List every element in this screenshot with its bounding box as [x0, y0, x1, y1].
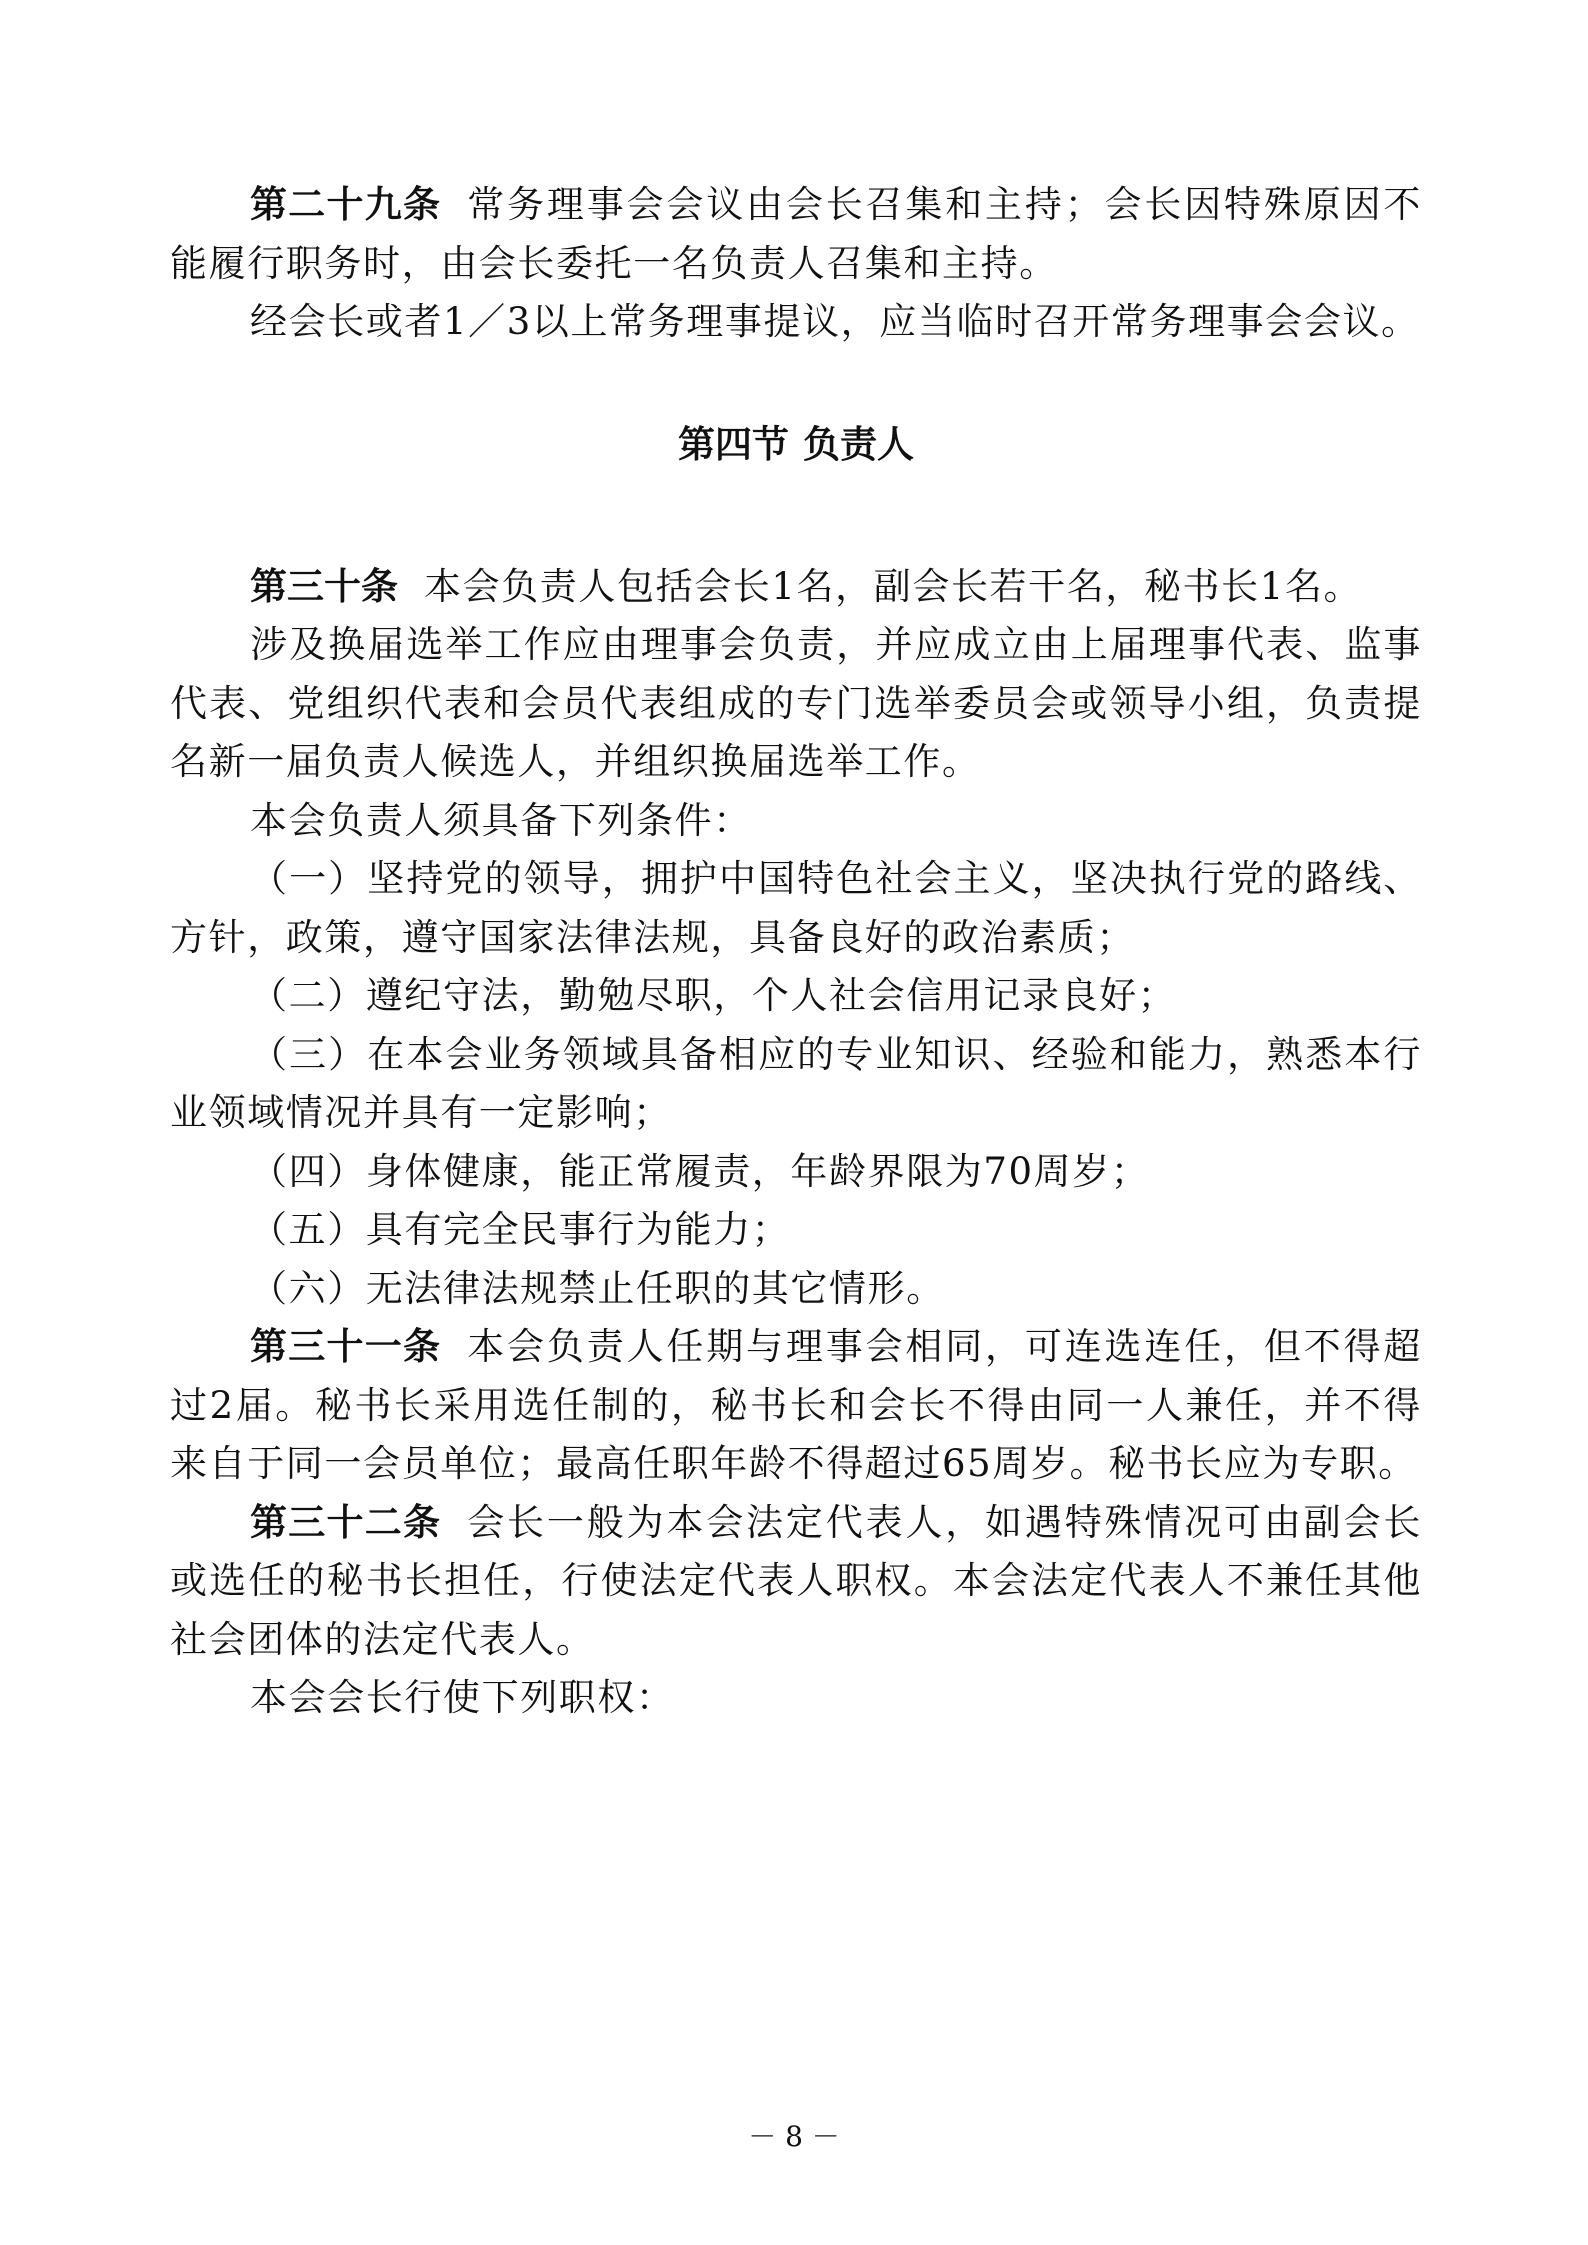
article-label: 第三十二条 [250, 1501, 441, 1544]
page-number: － 8 － [0, 2115, 1588, 2155]
paragraph: 本会会长行使下列职权： [170, 1669, 1422, 1728]
list-item: （五）具有完全民事行为能力； [170, 1201, 1422, 1260]
article-32: 第三十二条会长一般为本会法定代表人，如遇特殊情况可由副会长或选任的秘书长担任，行… [170, 1494, 1422, 1670]
paragraph: 经会长或者1／3以上常务理事提议，应当临时召开常务理事会会议。 [170, 293, 1422, 352]
paragraph: 涉及换届选举工作应由理事会负责，并应成立由上届理事代表、监事代表、党组织代表和会… [170, 616, 1422, 792]
article-31: 第三十一条本会负责人任期与理事会相同，可连选连任，但不得超过2届。秘书长采用选任… [170, 1318, 1422, 1494]
list-item: （二）遵纪守法，勤勉尽职，个人社会信用记录良好； [170, 967, 1422, 1026]
section-title: 负责人 [803, 423, 914, 466]
document-page: 第二十九条常务理事会会议由会长召集和主持；会长因特殊原因不能履行职务时，由会长委… [170, 176, 1422, 1728]
list-item: （六）无法律法规禁止任职的其它情形。 [170, 1260, 1422, 1319]
article-30: 第三十条本会负责人包括会长1名，副会长若干名，秘书长1名。 [170, 558, 1422, 617]
section-heading: 第四节负责人 [170, 416, 1422, 474]
article-label: 第二十九条 [250, 183, 441, 226]
section-number: 第四节 [678, 423, 789, 466]
article-29: 第二十九条常务理事会会议由会长召集和主持；会长因特殊原因不能履行职务时，由会长委… [170, 176, 1422, 293]
article-text: 本会负责人包括会长1名，副会长若干名，秘书长1名。 [424, 565, 1362, 608]
list-item: （三）在本会业务领域具备相应的专业知识、经验和能力，熟悉本行业领域情况并具有一定… [170, 1026, 1422, 1143]
article-label: 第三十条 [250, 565, 398, 608]
paragraph: 本会负责人须具备下列条件： [170, 792, 1422, 851]
article-label: 第三十一条 [250, 1325, 441, 1368]
list-item: （四）身体健康，能正常履责，年龄界限为70周岁； [170, 1143, 1422, 1202]
list-item: （一）坚持党的领导，拥护中国特色社会主义，坚决执行党的路线、方针，政策，遵守国家… [170, 850, 1422, 967]
